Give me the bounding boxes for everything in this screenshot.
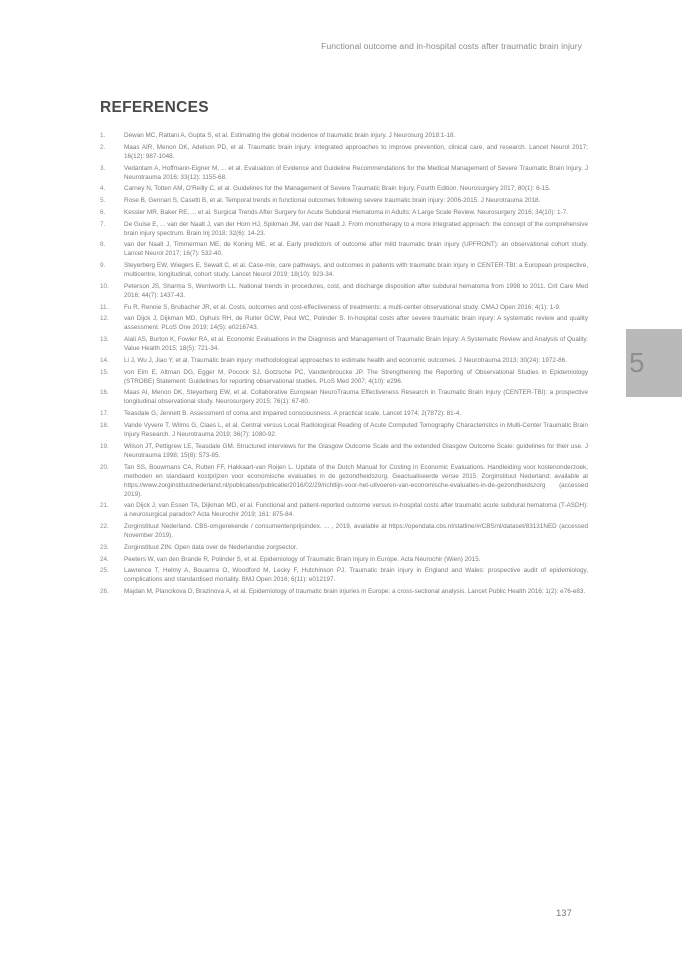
reference-number: 25.: [100, 566, 124, 584]
reference-item: 19.Wilson JT, Pettigrew LE, Teasdale GM.…: [100, 442, 588, 460]
reference-item: 11.Fu R, Rennie S, Brubacher JR, et al. …: [100, 303, 588, 312]
reference-number: 19.: [100, 442, 124, 460]
reference-text: Peeters W, van den Brande R, Polinder S,…: [124, 555, 588, 564]
reference-number: 24.: [100, 555, 124, 564]
reference-item: 18.Vande Vyvere T, Wilms G, Claes L, et …: [100, 421, 588, 439]
reference-text: Teasdale G, Jennett B. Assessment of com…: [124, 409, 588, 418]
reference-item: 10.Peterson JS, Sharma S, Wentworth LL. …: [100, 282, 588, 300]
reference-list: 1.Dewan MC, Rattani A, Gupta S, et al. E…: [100, 131, 588, 599]
reference-number: 3.: [100, 164, 124, 182]
reference-item: 13.Alali AS, Burton K, Fowler RA, et al.…: [100, 335, 588, 353]
reference-item: 21.van Dijck J, van Essen TA, Dijkman MD…: [100, 501, 588, 519]
reference-text: van der Naalt J, Timmerman ME, de Koning…: [124, 240, 588, 258]
reference-text: van Dijck J, Dijkman MD, Ophuis RH, de R…: [124, 314, 588, 332]
reference-item: 26.Majdan M, Plancikova D, Brazinova A, …: [100, 587, 588, 596]
reference-number: 21.: [100, 501, 124, 519]
reference-item: 14.Li J, Wu J, Jiao Y, et al. Traumatic …: [100, 356, 588, 365]
reference-number: 26.: [100, 587, 124, 596]
reference-number: 1.: [100, 131, 124, 140]
reference-number: 15.: [100, 368, 124, 386]
reference-text: Steyerberg EW, Wiegers E, Sewalt C, et a…: [124, 261, 588, 279]
page-number: 137: [556, 908, 572, 919]
reference-number: 16.: [100, 388, 124, 406]
reference-item: 9.Steyerberg EW, Wiegers E, Sewalt C, et…: [100, 261, 588, 279]
reference-text: Majdan M, Plancikova D, Brazinova A, et …: [124, 587, 588, 596]
reference-text: Zorginstituut Nederland. CBS-omgerekende…: [124, 522, 588, 540]
reference-item: 16.Maas AI, Menon DK, Steyerberg EW, et …: [100, 388, 588, 406]
reference-text: Carney N, Totten AM, O'Reilly C, et al. …: [124, 184, 588, 193]
reference-text: Maas AI, Menon DK, Steyerberg EW, et al.…: [124, 388, 588, 406]
reference-item: 12.van Dijck J, Dijkman MD, Ophuis RH, d…: [100, 314, 588, 332]
reference-number: 13.: [100, 335, 124, 353]
reference-number: 5.: [100, 196, 124, 205]
reference-text: Vande Vyvere T, Wilms G, Claes L, et al.…: [124, 421, 588, 439]
reference-item: 20.Tan SS, Bouwmans CA, Rutten FF, Hakka…: [100, 463, 588, 499]
reference-item: 22.Zorginstituut Nederland. CBS-omgereke…: [100, 522, 588, 540]
reference-item: 1.Dewan MC, Rattani A, Gupta S, et al. E…: [100, 131, 588, 140]
reference-number: 12.: [100, 314, 124, 332]
reference-number: 9.: [100, 261, 124, 279]
reference-text: Vedantam A, Hoffmann-Eigner M, ... et al…: [124, 164, 588, 182]
reference-item: 25.Lawrence T, Helmy A, Bouamra O, Woodf…: [100, 566, 588, 584]
reference-item: 17.Teasdale G, Jennett B. Assessment of …: [100, 409, 588, 418]
reference-text: Dewan MC, Rattani A, Gupta S, et al. Est…: [124, 131, 588, 140]
reference-number: 8.: [100, 240, 124, 258]
reference-text: Alali AS, Burton K, Fowler RA, et al. Ec…: [124, 335, 588, 353]
reference-text: Kessler MR, Baker RE, ... et al. Surgica…: [124, 208, 588, 217]
reference-text: Wilson JT, Pettigrew LE, Teasdale GM. St…: [124, 442, 588, 460]
reference-item: 4.Carney N, Totten AM, O'Reilly C, et al…: [100, 184, 588, 193]
reference-number: 2.: [100, 143, 124, 161]
reference-item: 24.Peeters W, van den Brande R, Polinder…: [100, 555, 588, 564]
reference-number: 4.: [100, 184, 124, 193]
reference-item: 15.von Elm E, Altman DG, Egger M, Pocock…: [100, 368, 588, 386]
reference-text: Maas AIR, Menon DK, Adelson PD, et al. T…: [124, 143, 588, 161]
reference-number: 20.: [100, 463, 124, 499]
reference-text: Li J, Wu J, Jiao Y, et al. Traumatic bra…: [124, 356, 588, 365]
reference-number: 23.: [100, 543, 124, 552]
reference-item: 6.Kessler MR, Baker RE, ... et al. Surgi…: [100, 208, 588, 217]
reference-text: De Guise E, ... van der Naalt J, van der…: [124, 220, 588, 238]
reference-number: 7.: [100, 220, 124, 238]
reference-number: 14.: [100, 356, 124, 365]
reference-item: 23.Zorginstituut ZIN. Open data over de …: [100, 543, 588, 552]
chapter-tab: 5: [626, 329, 682, 397]
reference-number: 10.: [100, 282, 124, 300]
reference-text: Rose B, Gennari S, Casetti B, et al. Tem…: [124, 196, 588, 205]
reference-text: van Dijck J, van Essen TA, Dijkman MD, e…: [124, 501, 588, 519]
running-header: Functional outcome and in-hospital costs…: [321, 41, 582, 51]
reference-item: 2.Maas AIR, Menon DK, Adelson PD, et al.…: [100, 143, 588, 161]
chapter-number: 5: [629, 347, 645, 379]
reference-item: 5.Rose B, Gennari S, Casetti B, et al. T…: [100, 196, 588, 205]
reference-item: 7.De Guise E, ... van der Naalt J, van d…: [100, 220, 588, 238]
reference-number: 11.: [100, 303, 124, 312]
reference-number: 18.: [100, 421, 124, 439]
reference-item: 8.van der Naalt J, Timmerman ME, de Koni…: [100, 240, 588, 258]
reference-text: Tan SS, Bouwmans CA, Rutten FF, Hakkaart…: [124, 463, 588, 499]
reference-number: 17.: [100, 409, 124, 418]
reference-number: 6.: [100, 208, 124, 217]
reference-text: Fu R, Rennie S, Brubacher JR, et al. Cos…: [124, 303, 588, 312]
reference-number: 22.: [100, 522, 124, 540]
reference-text: Zorginstituut ZIN. Open data over de Ned…: [124, 543, 588, 552]
reference-text: Peterson JS, Sharma S, Wentworth LL. Nat…: [124, 282, 588, 300]
reference-text: Lawrence T, Helmy A, Bouamra O, Woodford…: [124, 566, 588, 584]
page-title: REFERENCES: [100, 99, 209, 117]
reference-item: 3.Vedantam A, Hoffmann-Eigner M, ... et …: [100, 164, 588, 182]
reference-text: von Elm E, Altman DG, Egger M, Pocock SJ…: [124, 368, 588, 386]
